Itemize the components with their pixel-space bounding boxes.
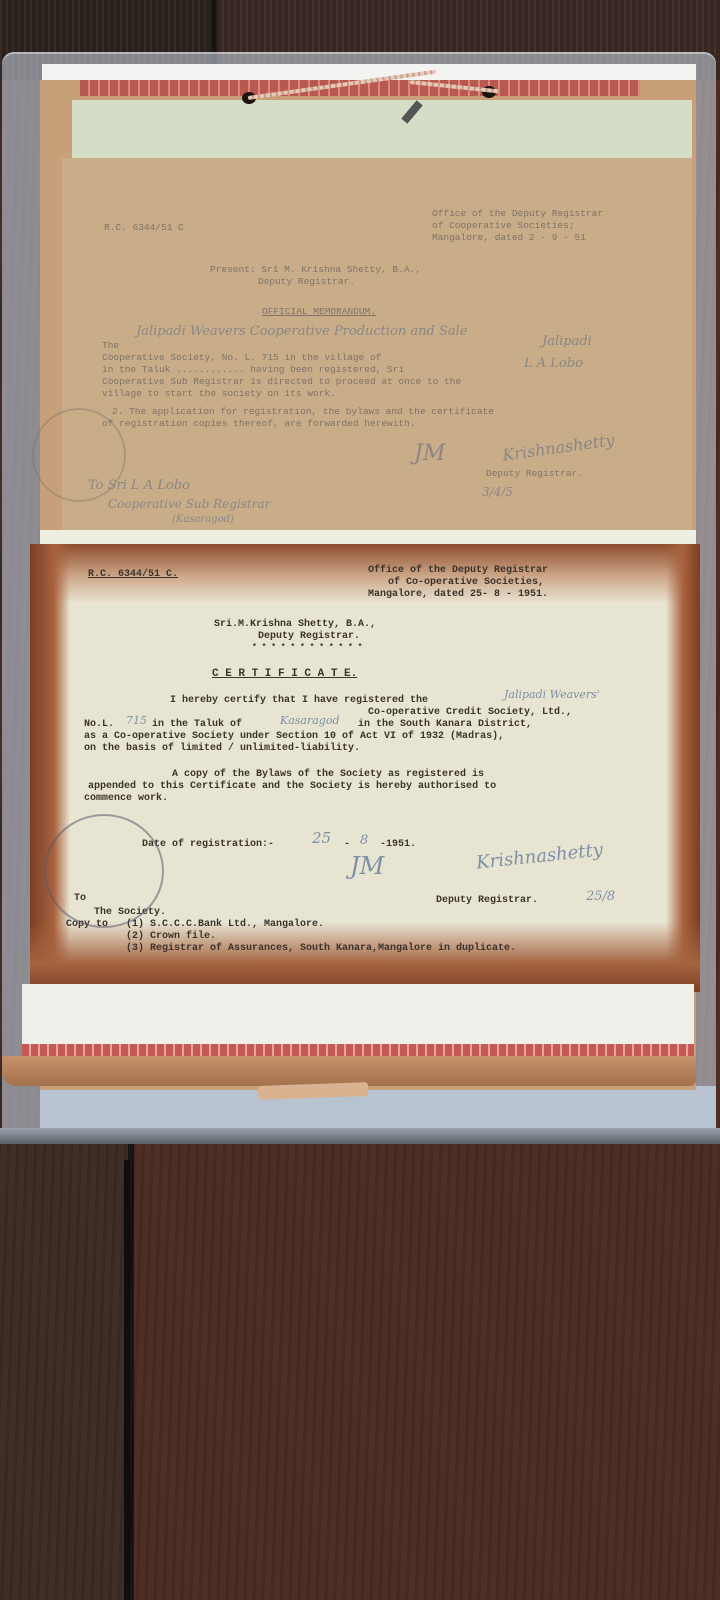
memo-initials: JM <box>414 448 445 461</box>
memo-office-line2: of Cooperative Societies; <box>432 220 575 233</box>
cert-official-seal <box>44 814 164 928</box>
memo-handwritten-date: 3/4/5 <box>482 486 513 499</box>
memo-office-stamp <box>32 408 126 502</box>
cert-signature: Krishnashetty <box>476 843 604 869</box>
memo-to-line2: Cooperative Sub Registrar <box>108 498 270 511</box>
memo-para1-line3: in the Taluk ............ having been re… <box>102 364 404 377</box>
memo-office-line1: Office of the Deputy Registrar <box>432 208 603 221</box>
memo-to-line3: (Kasaragod) <box>172 514 234 527</box>
cert-initials: JM <box>350 860 384 873</box>
memo-signature: Krishnashetty <box>502 434 616 462</box>
cert-body-line5: on the basis of limited / unlimited-liab… <box>84 742 360 755</box>
memo-present-line1: Present: Sri M. Krishna Shetty, B.A., <box>210 264 421 277</box>
memo-para1-line5: village to start the society on its work… <box>102 388 336 401</box>
plank-gap <box>124 1160 130 1600</box>
book-binding-edge <box>2 1056 696 1086</box>
memo-para2-line1: 2. The application for registration, the… <box>112 406 494 419</box>
memo-ref-no: R.C. 6344/51 C <box>104 222 184 235</box>
cert-reg-year: -1951. <box>380 838 416 851</box>
cert-heading: C E R T I F I C A T E. <box>212 668 357 681</box>
cert-bylaws-line3: commence work. <box>84 792 168 805</box>
memo-present-line2: Deputy Registrar. <box>258 276 355 289</box>
memo-para1-line2: Cooperative Society, No. L. 715 in the v… <box>102 352 381 365</box>
bottom-flap <box>22 984 694 1044</box>
page-separator <box>40 530 696 544</box>
official-memorandum: R.C. 6344/51 C Office of the Deputy Regi… <box>62 158 692 536</box>
sleeve-bottom-edge <box>0 1128 720 1144</box>
memo-heading: OFFICIAL MEMORANDUM. <box>262 306 376 319</box>
memo-handwritten-society: Jalipadi Weavers Cooperative Production … <box>136 326 467 339</box>
cert-reg-date-label: Date of registration:- <box>142 838 274 851</box>
memo-office-line3: Mangalore, dated 2 - 9 - 51 <box>432 232 586 245</box>
cert-stars: * * * * * * * * * * * * <box>252 641 362 654</box>
memo-para1-line1: The <box>102 340 119 353</box>
memo-para2-line2: of registration copies thereof, are forw… <box>102 418 416 431</box>
mount-strip <box>40 1086 716 1130</box>
top-flap <box>72 100 692 160</box>
registration-certificate: R.C. 6344/51 C. Office of the Deputy Reg… <box>30 544 700 992</box>
cert-signatory-title: Deputy Registrar. <box>436 894 538 907</box>
cert-handwritten-society: Jalipadi Weavers' <box>504 688 600 701</box>
cert-copy-3: (3) Registrar of Assurances, South Kanar… <box>126 942 516 955</box>
cert-handwritten-taluk: Kasaragod <box>280 714 340 727</box>
cert-office-line3: Mangalore, dated 25- 8 - 1951. <box>368 588 548 601</box>
cert-reg-day: 25 <box>312 832 331 845</box>
cert-reg-month: 8 <box>360 834 368 847</box>
cert-ref-no: R.C. 6344/51 C. <box>88 568 178 581</box>
memo-handwritten-village: Jalipadi <box>542 336 592 349</box>
cert-handwritten-date: 25/8 <box>586 890 615 903</box>
memo-handwritten-officer: L A Lobo <box>524 358 583 371</box>
memo-para1-line4: Cooperative Sub Registrar is directed to… <box>102 376 461 389</box>
memo-signatory-title: Deputy Registrar. <box>486 468 583 481</box>
cert-handwritten-no: 715 <box>126 714 147 727</box>
